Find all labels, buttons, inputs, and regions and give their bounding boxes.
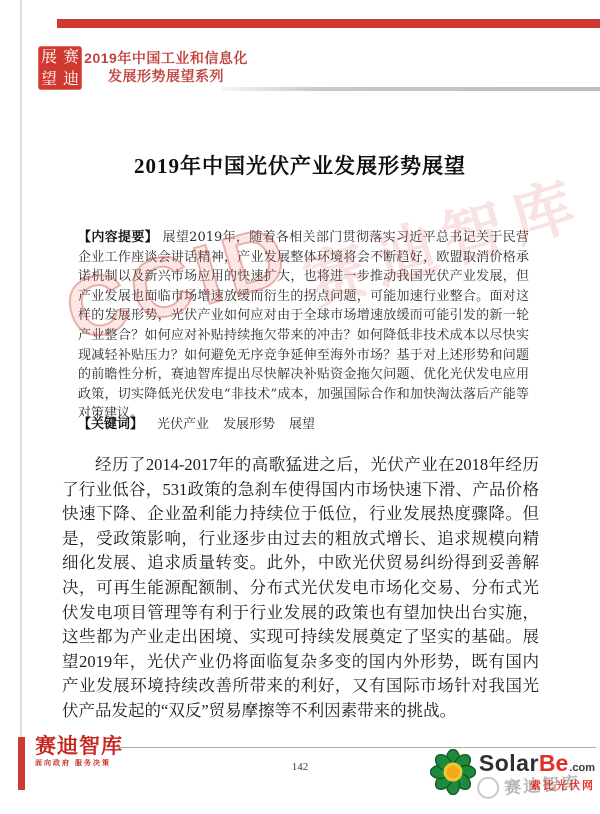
page-left-border [20,0,22,763]
top-red-bar [57,19,600,28]
keywords-line: 【关键词】光伏产业发展形势展望 [78,413,529,432]
keyword: 展望 [289,417,315,432]
abstract-paragraph: 【内容提要】 展望2019年，随着各相关部门贯彻落实习近平总书记关于民营企业工作… [78,227,529,424]
solarbe-flower-icon [430,749,476,795]
abstract-label: 【内容提要】 [78,229,158,244]
page-title: 2019年中国光伏产业发展形势展望 [0,150,600,180]
header-divider [222,87,600,91]
seal-char: 赛 [63,49,79,65]
ccid-logo-text: 赛迪智库 [35,736,123,757]
keyword: 光伏产业 [157,417,209,432]
keywords-label: 【关键词】 [78,416,143,431]
solarbe-logo: SolarBe.com 索比光伏网 [430,749,595,795]
seal-char: 望 [41,71,57,87]
seal-char: 迪 [63,71,79,87]
series-title-line1: 2019年中国工业和信息化 [84,49,248,67]
document-page: 展 赛 望 迪 2019年中国工业和信息化 发展形势展望系列 2019年中国光伏… [0,0,600,814]
footer-divider [118,747,596,748]
solarbe-site-name: 索比光伏网 [530,777,595,793]
ccid-seal-icon: 展 赛 望 迪 [38,46,82,90]
body-paragraph: 经历了2014-2017年的高歌猛进之后，光伏产业在2018年经历了行业低谷，5… [62,453,539,724]
seal-char: 展 [41,49,57,65]
series-title: 2019年中国工业和信息化 发展形势展望系列 [84,49,248,85]
solarbe-text-solar: Solar [479,752,539,775]
keyword: 发展形势 [223,417,275,432]
solarbe-text-be: Be [539,752,568,775]
abstract-text: 展望2019年，随着各相关部门贯彻落实习近平总书记关于民营企业工作座谈会讲话精神… [78,230,529,421]
series-title-line2: 发展形势展望系列 [84,67,248,85]
solarbe-text-com: .com [569,763,595,774]
